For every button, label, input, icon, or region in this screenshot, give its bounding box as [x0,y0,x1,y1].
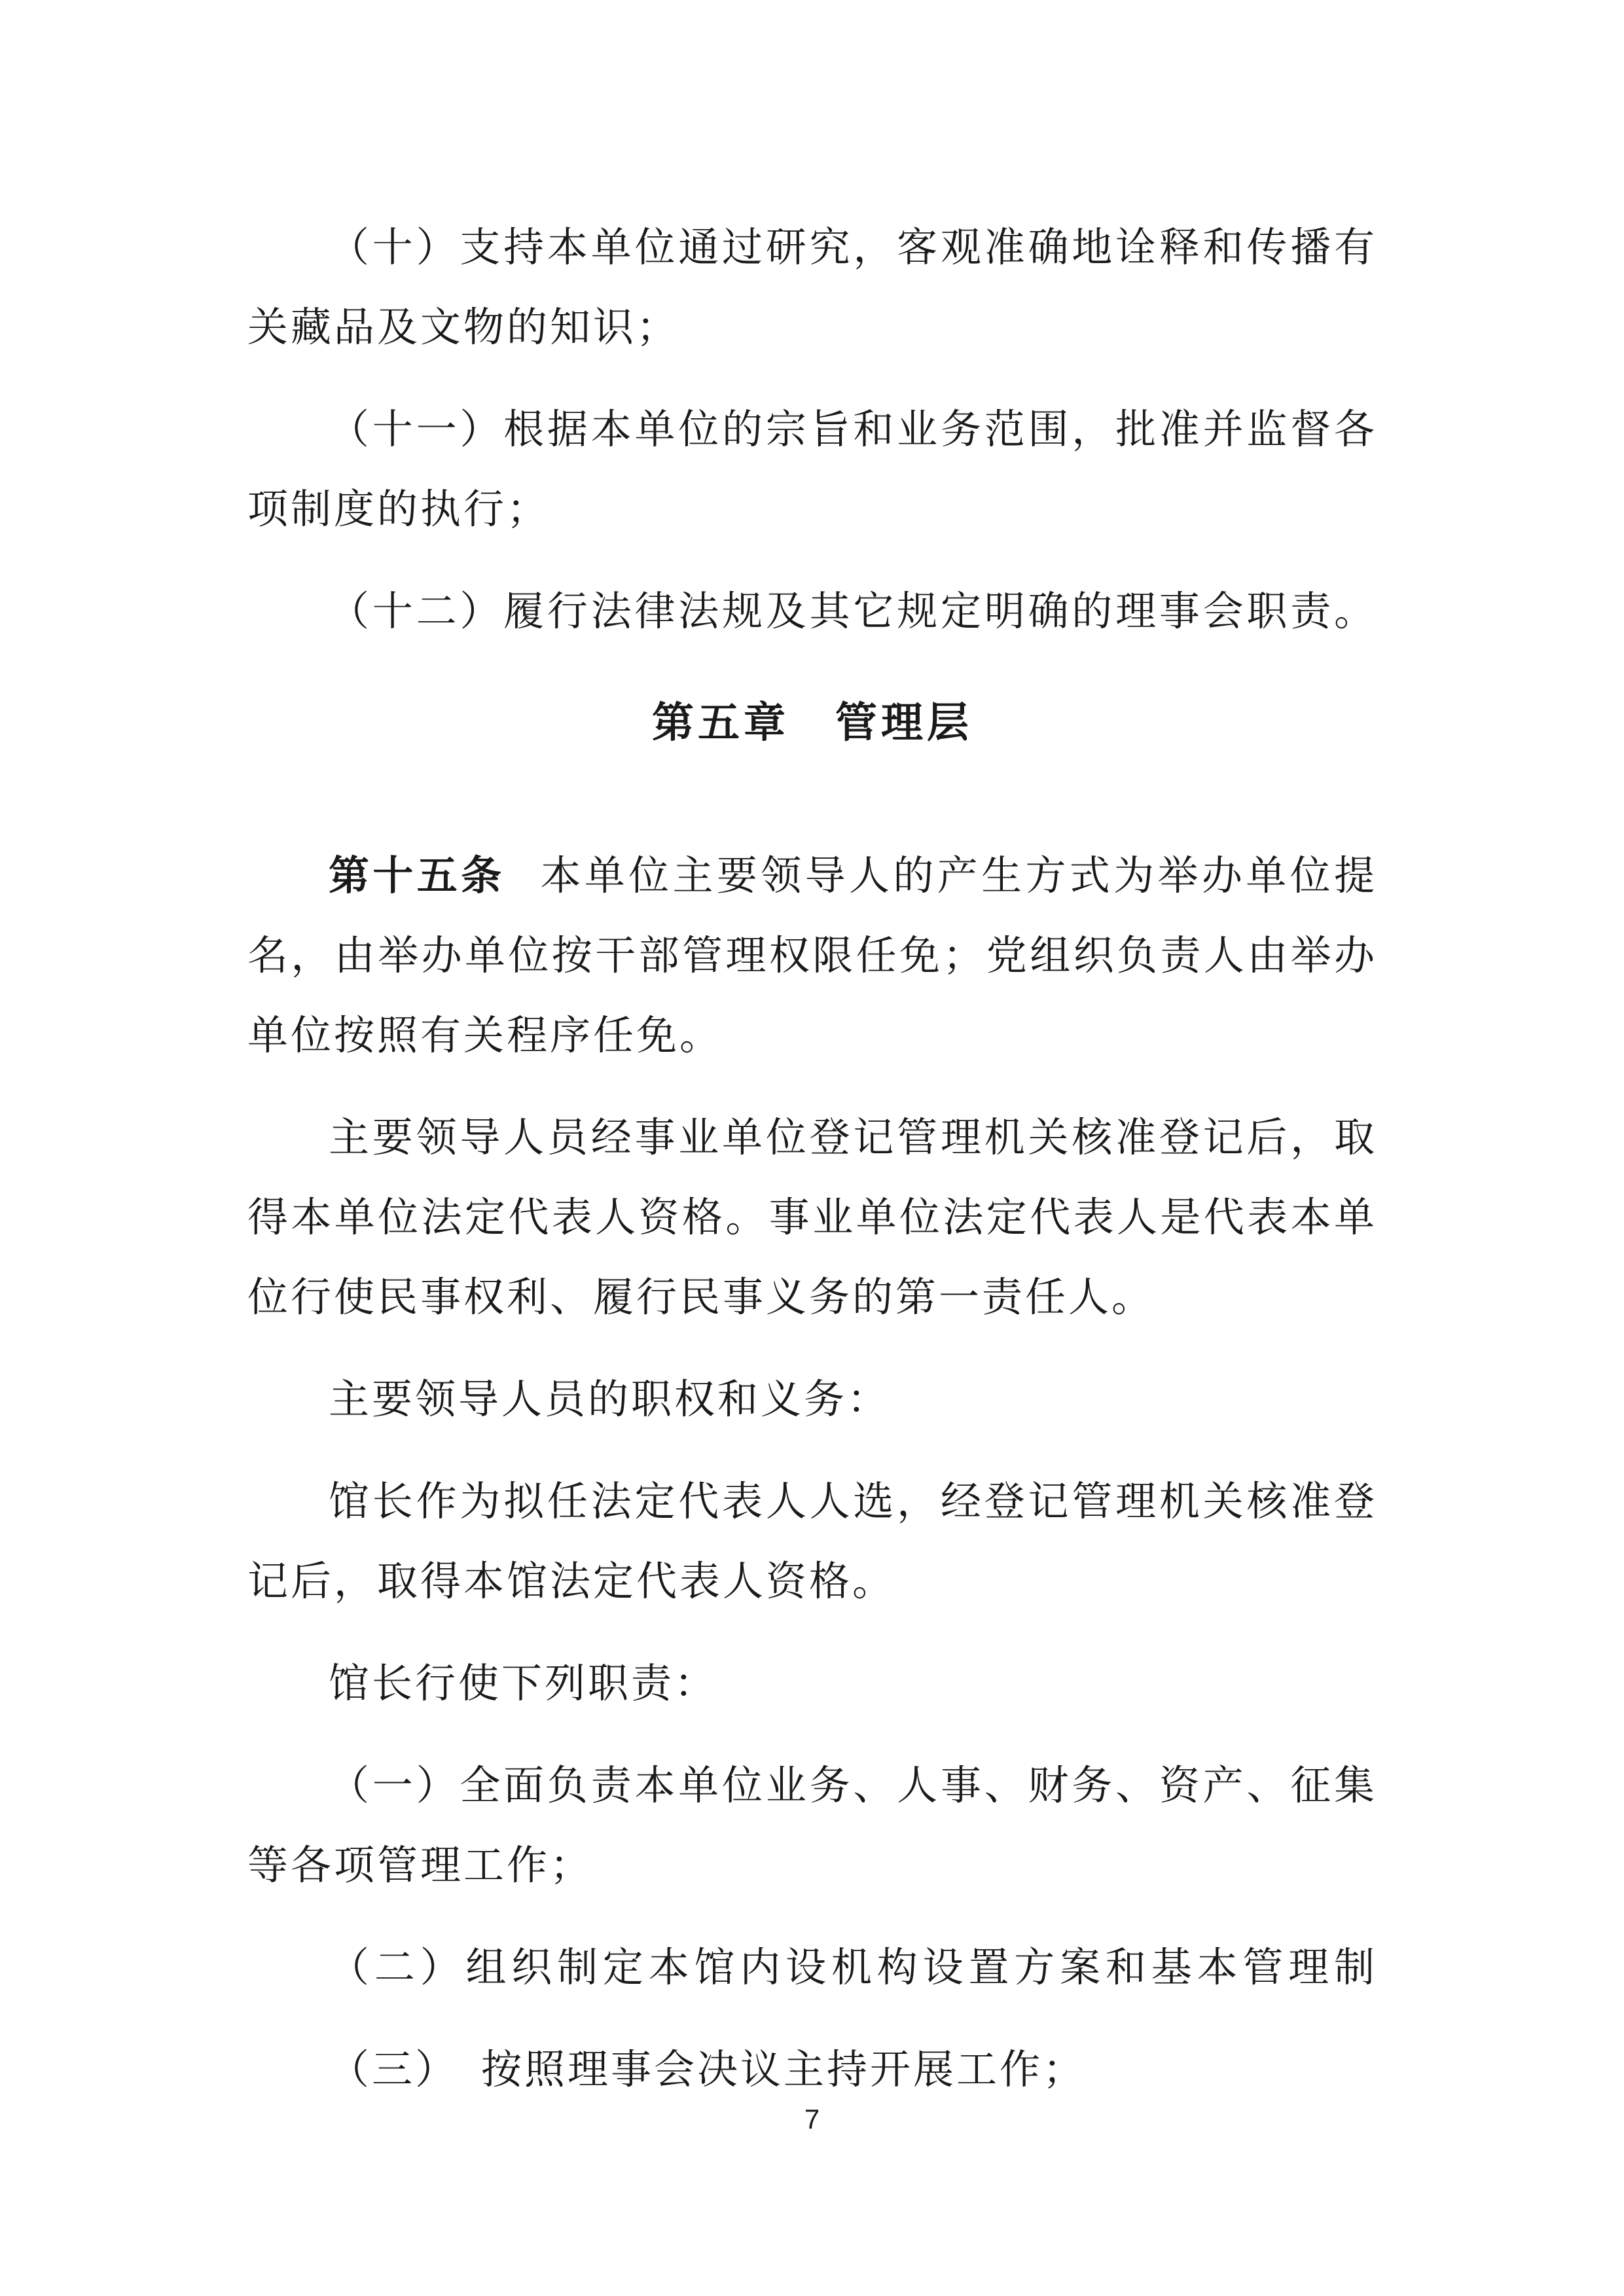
page-number: 7 [0,2102,1624,2136]
clause-11-line-1: （十一）根据本单位的宗旨和业务范围，批准并监督各 [247,390,1377,470]
duty-2-paragraph: （二）组织制定本馆内设机构设置方案和基本管理制度; [247,1928,1377,2008]
chapter-5-heading: 第五章 管理层 [247,683,1377,763]
duties-intro-line-1: 主要领导人员的职权和义务： [247,1360,1377,1440]
duty-3-line-1: （三） 按照理事会决议主持开展工作； [247,2030,1377,2110]
article-15-paragraph: 第十五条本单位主要领导人的产生方式为举办单位提 名，由举办单位按干部管理权限任免… [247,836,1377,1076]
clause-11-line-2: 项制度的执行； [247,470,1377,550]
legal-representative-line-1: 主要领导人员经事业单位登记管理机关核准登记后，取 [247,1098,1377,1178]
duty-2-line-1: （二）组织制定本馆内设机构设置方案和基本管理制度; [247,1928,1377,2008]
article-15-label: 第十五条 [329,854,505,899]
curator-duties-intro-line-1: 馆长行使下列职责： [247,1644,1377,1724]
duties-intro-paragraph: 主要领导人员的职权和义务： [247,1360,1377,1440]
curator-qualification-line-2: 记后，取得本馆法定代表人资格。 [247,1542,1377,1622]
clause-12-paragraph: （十二）履行法律法规及其它规定明确的理事会职责。 [247,572,1377,652]
charter-text-block: （十）支持本单位通过研究，客观准确地诠释和传播有 关藏品及文物的知识； （十一）… [247,208,1377,2132]
legal-representative-paragraph: 主要领导人员经事业单位登记管理机关核准登记后，取 得本单位法定代表人资格。事业单… [247,1098,1377,1338]
legal-representative-line-3: 位行使民事权利、履行民事义务的第一责任人。 [247,1258,1377,1338]
clause-12-line-1: （十二）履行法律法规及其它规定明确的理事会职责。 [247,572,1377,652]
article-15-line-3: 单位按照有关程序任免。 [247,996,1377,1076]
clause-10-paragraph: （十）支持本单位通过研究，客观准确地诠释和传播有 关藏品及文物的知识； [247,208,1377,368]
duty-1-line-1: （一）全面负责本单位业务、人事、财务、资产、征集 [247,1746,1377,1826]
clause-11-paragraph: （十一）根据本单位的宗旨和业务范围，批准并监督各 项制度的执行； [247,390,1377,550]
duty-1-paragraph: （一）全面负责本单位业务、人事、财务、资产、征集 等各项管理工作； [247,1746,1377,1906]
article-15-line-1: 第十五条本单位主要领导人的产生方式为举办单位提 [247,836,1377,916]
duty-1-line-2: 等各项管理工作； [247,1826,1377,1906]
curator-qualification-paragraph: 馆长作为拟任法定代表人人选，经登记管理机关核准登 记后，取得本馆法定代表人资格。 [247,1462,1377,1622]
curator-duties-intro-paragraph: 馆长行使下列职责： [247,1644,1377,1724]
article-15-line-1-text: 本单位主要领导人的产生方式为举办单位提 [540,854,1377,899]
curator-qualification-line-1: 馆长作为拟任法定代表人人选，经登记管理机关核准登 [247,1462,1377,1542]
clause-10-line-2: 关藏品及文物的知识； [247,288,1377,368]
legal-representative-line-2: 得本单位法定代表人资格。事业单位法定代表人是代表本单 [247,1178,1377,1258]
article-15-line-2: 名，由举办单位按干部管理权限任免；党组织负责人由举办 [247,916,1377,996]
document-page: （十）支持本单位通过研究，客观准确地诠释和传播有 关藏品及文物的知识； （十一）… [0,0,1624,2296]
duty-3-paragraph: （三） 按照理事会决议主持开展工作； [247,2030,1377,2110]
clause-10-line-1: （十）支持本单位通过研究，客观准确地诠释和传播有 [247,208,1377,288]
